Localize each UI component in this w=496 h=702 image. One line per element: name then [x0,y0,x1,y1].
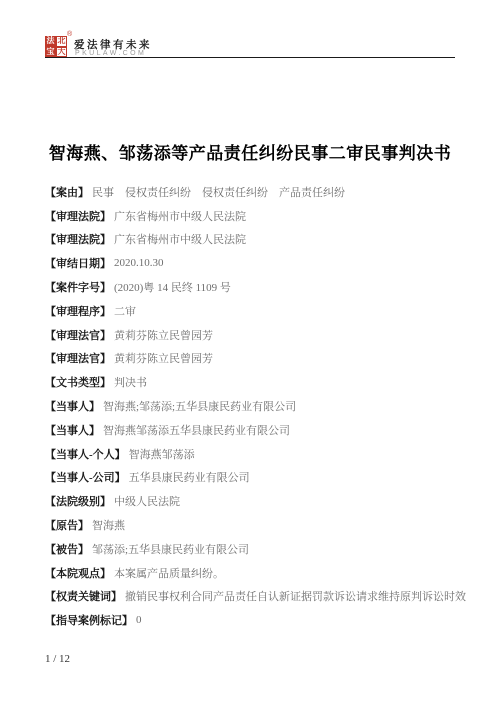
metadata-field-row: 【本院观点】 本案属产品质量纠纷。 [45,561,465,585]
metadata-field-row: 【文书类型】 判决书 [45,370,465,394]
metadata-field-row: 【审理法院】 广东省梅州市中级人民法院 [45,204,465,228]
metadata-field-row: 【当事人-个人】 智海燕邹荡添 [45,442,465,466]
metadata-field-row: 【被告】 邹荡添;五华县康民药业有限公司 [45,537,465,561]
seal-char-top-left: 法 [45,36,56,47]
page-indicator: 1 / 12 [45,653,70,665]
registered-trademark-icon: ® [67,31,72,38]
metadata-field-row: 【案由】 民事 侵权责任纠纷 侵权责任纠纷 产品责任纠纷 [45,180,465,204]
metadata-field-row: 【指导案例标记】 0 [45,608,465,632]
field-label: 【当事人-公司】 [45,469,126,485]
field-value: 2020.10.30 [114,257,164,269]
field-label: 【审理法官】 [45,350,111,366]
metadata-field-row: 【审理程序】 二审 [45,299,465,323]
metadata-field-row: 【审结日期】 2020.10.30 [45,251,465,275]
field-value: 判决书 [114,374,147,390]
field-value: 民事 侵权责任纠纷 侵权责任纠纷 产品责任纠纷 [92,184,345,200]
seal-char-bottom-left: 宝 [45,47,56,58]
field-value: 二审 [114,303,136,319]
field-value: 五华县康民药业有限公司 [129,469,250,485]
field-label: 【当事人】 [45,398,100,414]
field-label: 【指导案例标记】 [45,612,133,628]
field-label: 【当事人-个人】 [45,446,126,462]
field-value: 广东省梅州市中级人民法院 [114,208,246,224]
document-title: 智海燕、邹荡添等产品责任纠纷民事二审民事判决书 [43,139,457,164]
metadata-field-row: 【审理法官】 黄莉芬陈立民曾园芳 [45,323,465,347]
header-divider [45,57,455,58]
field-value: 智海燕 [92,517,125,533]
field-label: 【审理法官】 [45,327,111,343]
brand-domain: PKULAW.COM [75,50,146,57]
metadata-field-row: 【审理法官】 黄莉芬陈立民曾园芳 [45,347,465,371]
field-label: 【本院观点】 [45,565,111,581]
metadata-field-row: 【当事人-公司】 五华县康民药业有限公司 [45,466,465,490]
field-label: 【原告】 [45,517,89,533]
field-label: 【文书类型】 [45,374,111,390]
field-value: 0 [136,614,142,626]
field-label: 【审理程序】 [45,303,111,319]
field-value: 邹荡添;五华县康民药业有限公司 [92,541,249,557]
seal-char-bottom-right: 大 [56,47,67,58]
metadata-field-row: 【原告】 智海燕 [45,513,465,537]
seal-char-top-right: 北 [56,36,67,47]
field-label: 【权责关键词】 [45,588,122,604]
metadata-field-row: 【法院级别】 中级人民法院 [45,489,465,513]
field-label: 【审结日期】 [45,255,111,271]
field-value: 本案属产品质量纠纷。 [114,565,224,581]
field-label: 【法院级别】 [45,493,111,509]
pkulaw-seal-logo-icon: 法 北 宝 大 [45,36,67,57]
metadata-field-row: 【审理法院】 广东省梅州市中级人民法院 [45,228,465,252]
field-value: 智海燕邹荡添 [129,446,195,462]
metadata-field-row: 【当事人】 智海燕邹荡添五华县康民药业有限公司 [45,418,465,442]
field-label: 【案件字号】 [45,279,111,295]
pkulaw-header: 法 北 宝 大 ® 爱法律有未来 PKULAW.COM [45,36,455,58]
field-label: 【审理法院】 [45,231,111,247]
field-value: 广东省梅州市中级人民法院 [114,231,246,247]
metadata-field-row: 【当事人】 智海燕;邹荡添;五华县康民药业有限公司 [45,394,465,418]
metadata-field-row: 【案件字号】 (2020)粤 14 民终 1109 号 [45,275,465,299]
field-value: (2020)粤 14 民终 1109 号 [114,279,231,295]
field-label: 【审理法院】 [45,208,111,224]
field-label: 【案由】 [45,184,89,200]
field-value: 撤销民事权利合同产品责任自认新证据罚款诉讼请求维持原判诉讼时效 [125,588,466,604]
field-label: 【当事人】 [45,422,100,438]
field-value: 黄莉芬陈立民曾园芳 [114,350,213,366]
metadata-field-row: 【权责关键词】 撤销民事权利合同产品责任自认新证据罚款诉讼请求维持原判诉讼时效 [45,585,465,609]
field-label: 【被告】 [45,541,89,557]
field-value: 智海燕;邹荡添;五华县康民药业有限公司 [103,398,296,414]
field-value: 智海燕邹荡添五华县康民药业有限公司 [103,422,290,438]
field-value: 黄莉芬陈立民曾园芳 [114,327,213,343]
metadata-field-list: 【案由】 民事 侵权责任纠纷 侵权责任纠纷 产品责任纠纷 【审理法院】 广东省梅… [45,180,465,632]
field-value: 中级人民法院 [114,493,180,509]
